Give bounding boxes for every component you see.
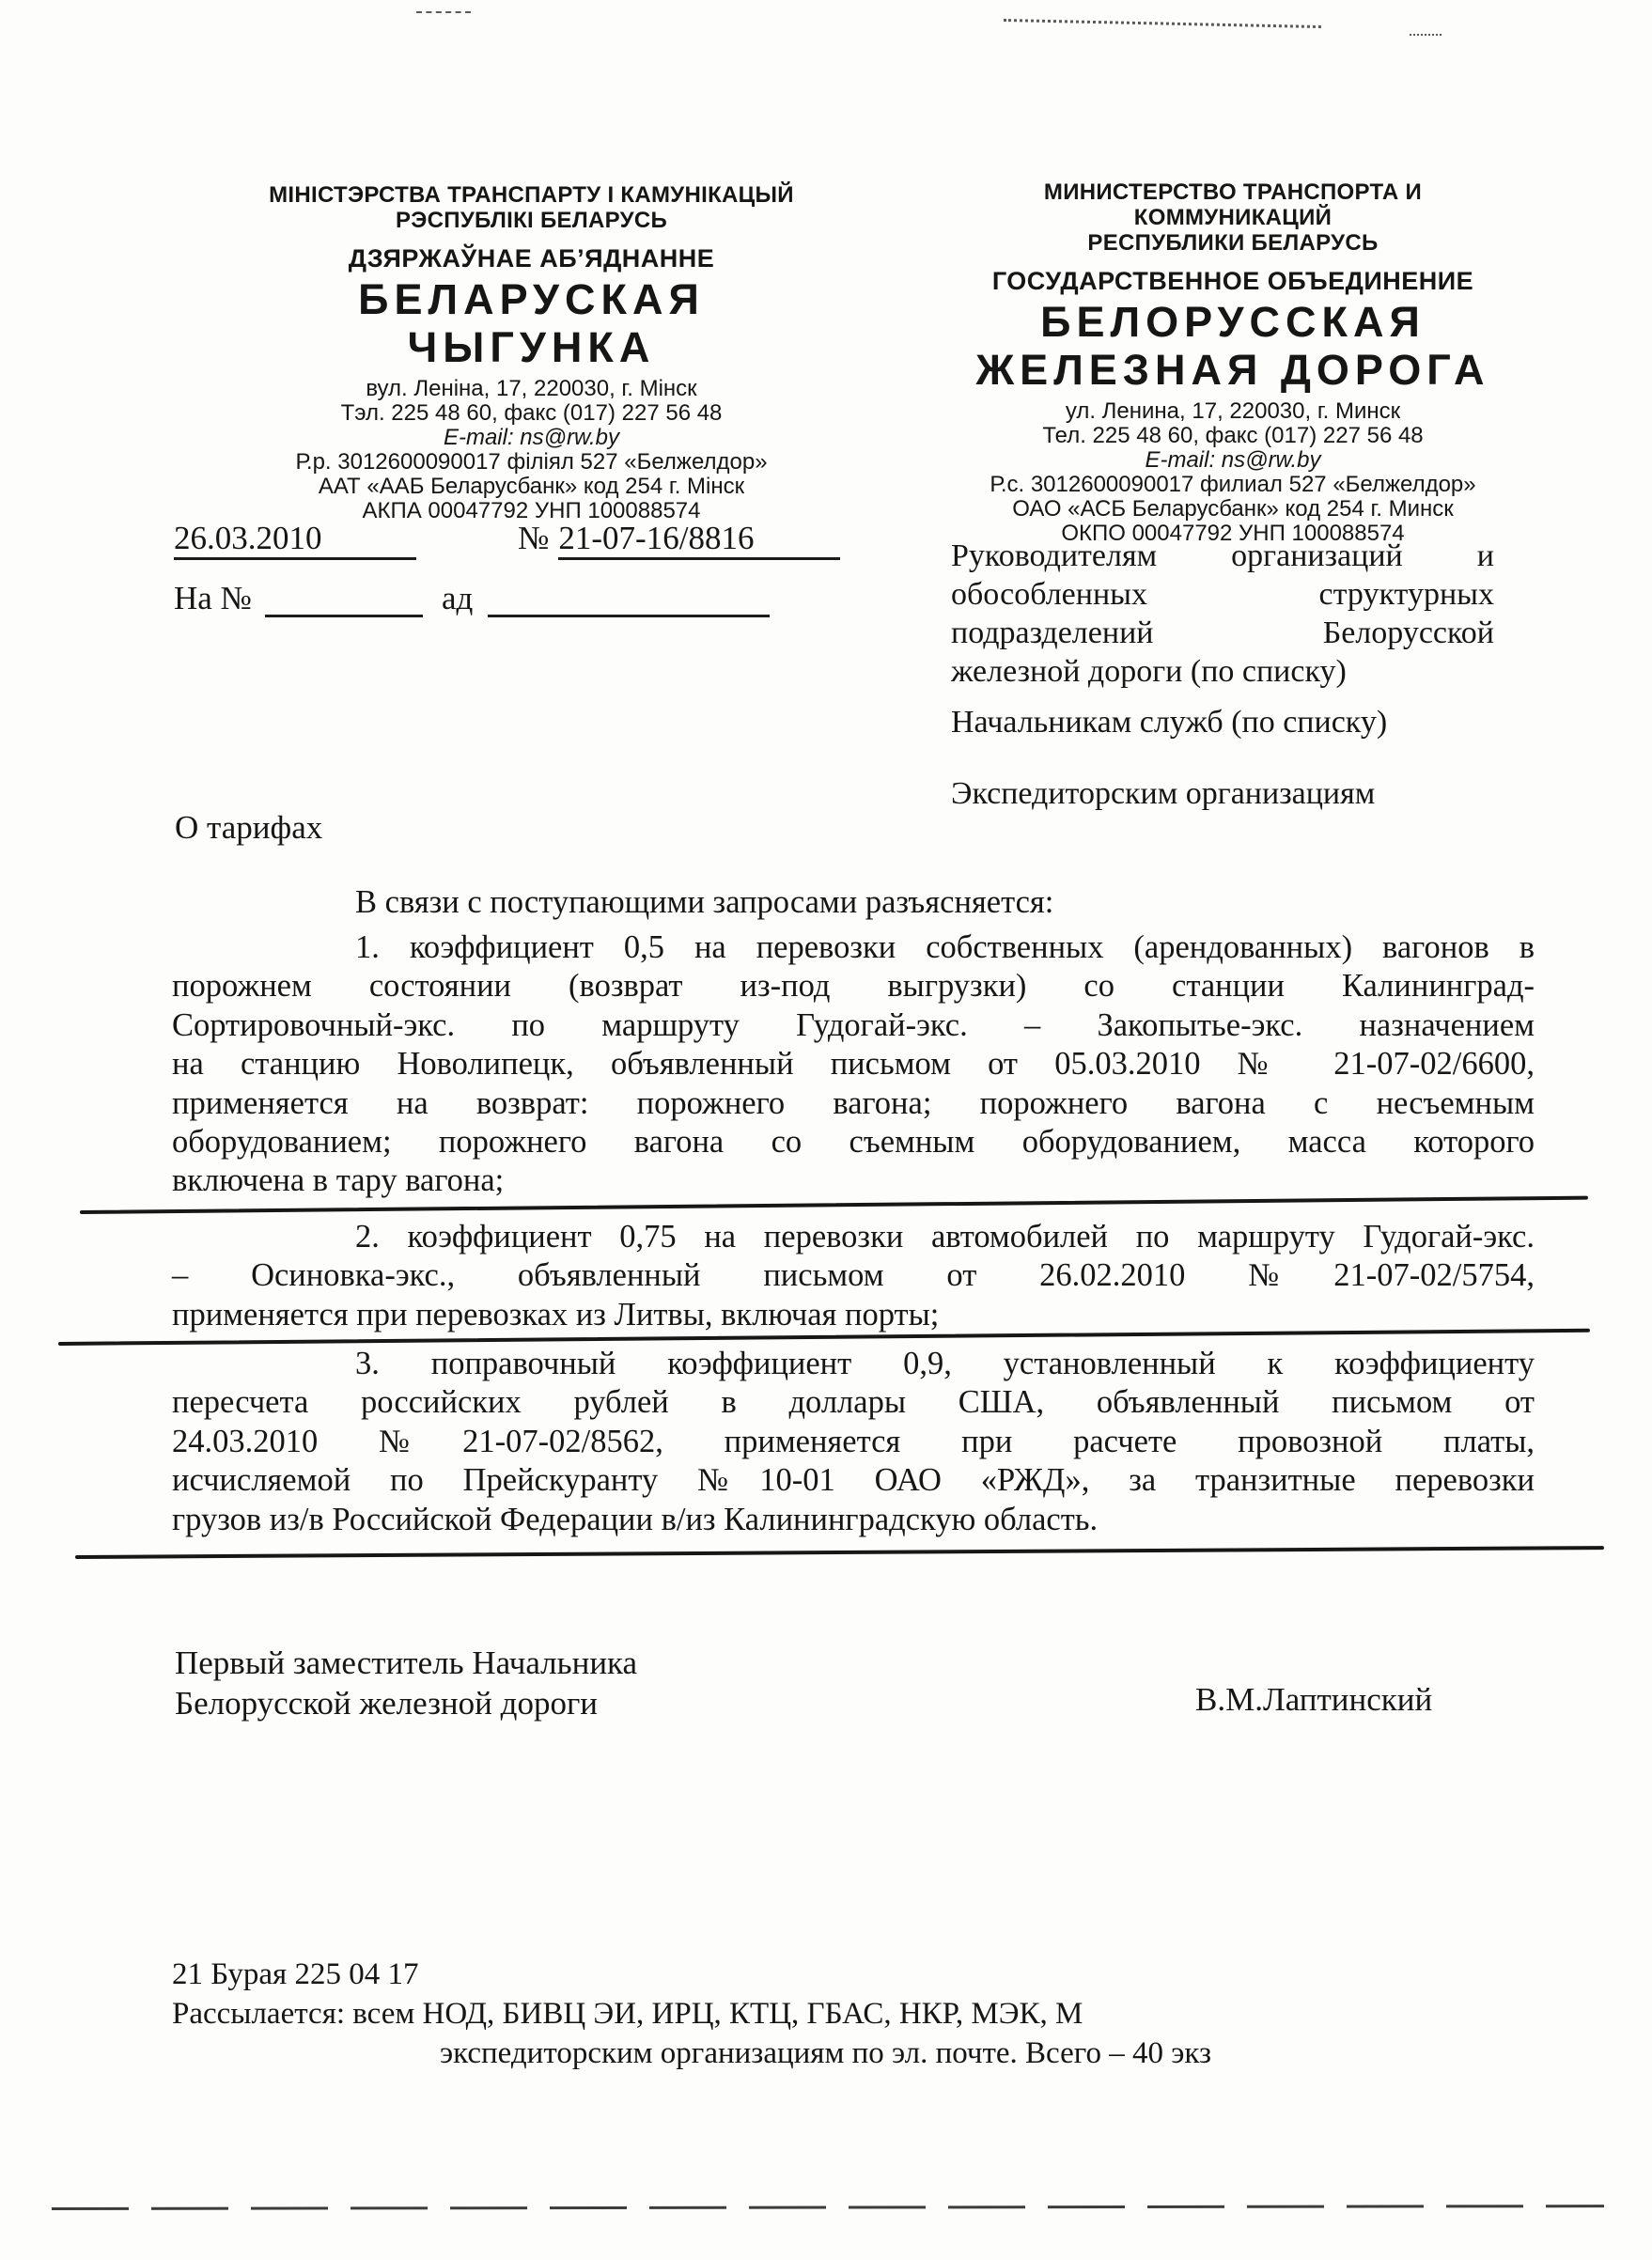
organization-address-ru: ул. Ленина, 17, 220030, г. МинскТел. 225… <box>966 399 1500 546</box>
addressee-managers: Руководителям организаций иобособленных … <box>951 537 1494 691</box>
scan-artifact-top-left <box>416 11 471 13</box>
footer-distribution: Рассылается: всем НОД, БИВЦ ЭИ, ИРЦ, КТЦ… <box>172 1994 1211 2073</box>
reply-date-blank <box>488 577 770 617</box>
association-name-ru: ГОСУДАРСТВЕННОЕ ОБЪЕДИНЕНИЕ <box>966 267 1500 296</box>
organization-address-by: вул. Леніна, 17, 220030, г. МінскТэл. 22… <box>261 377 802 523</box>
body-intro: В связи с поступающими запросами разъясн… <box>355 884 1053 921</box>
separator-line-3 <box>75 1546 1604 1559</box>
reference-date: 26.03.2010 <box>174 520 416 560</box>
association-name-by: ДЗЯРЖАЎНАЕ АБ’ЯДНАННЕ <box>261 244 802 273</box>
organization-name-by: БЕЛАРУСКАЯЧЫГУНКА <box>261 275 802 371</box>
subject-line: О тарифах <box>175 809 322 847</box>
organization-name-ru: БЕЛОРУССКАЯЖЕЛЕЗНАЯ ДОРОГА <box>966 298 1500 394</box>
reply-label: На № <box>174 580 252 616</box>
addressee-forwarders: Экспедиторским организациям <box>951 774 1494 813</box>
body-paragraph-2: 2. коэффициент 0,75 на перевозки автомоб… <box>172 1218 1535 1334</box>
scan-artifact-top-right <box>1004 19 1321 28</box>
addressee-service-chiefs: Начальникам служб (по списку) <box>951 703 1494 741</box>
body-paragraph-3: 3. поправочный коэффициент 0,9, установл… <box>172 1345 1535 1539</box>
reply-number-blank <box>265 577 423 617</box>
signature-position: Первый заместитель НачальникаБелорусской… <box>175 1643 637 1723</box>
letter-page: МІНІСТЭРСТВА ТРАНСПАРТУ І КАМУНІКАЦЫЙРЭС… <box>0 0 1652 2260</box>
ministry-name-by: МІНІСТЭРСТВА ТРАНСПАРТУ І КАМУНІКАЦЫЙРЭС… <box>261 182 802 233</box>
reference-row: 26.03.2010№21-07-16/8816 <box>174 520 840 560</box>
reply-reference-row: На №ад <box>174 577 770 617</box>
letterhead-left: МІНІСТЭРСТВА ТРАНСПАРТУ І КАМУНІКАЦЫЙРЭС… <box>261 182 802 523</box>
bottom-dashed-line <box>52 2205 1604 2210</box>
ministry-name-ru: МИНИСТЕРСТВО ТРАНСПОРТА И КОММУНИКАЦИЙРЕ… <box>966 179 1500 256</box>
addressee-block: Руководителям организаций иобособленных … <box>951 537 1494 813</box>
body-paragraph-1: 1. коэффициент 0,5 на перевозки собствен… <box>172 928 1535 1201</box>
signature-name: В.М.Лаптинский <box>1195 1681 1432 1719</box>
footer-block: 21 Бурая 225 04 17 Рассылается: всем НОД… <box>172 1955 1211 2073</box>
number-sign: № <box>518 520 549 556</box>
reference-number: 21-07-16/8816 <box>558 520 840 560</box>
footer-executor: 21 Бурая 225 04 17 <box>172 1955 1211 1994</box>
scan-artifact-top-corner <box>1410 34 1442 36</box>
letterhead-right: МИНИСТЕРСТВО ТРАНСПОРТА И КОММУНИКАЦИЙРЕ… <box>966 179 1500 546</box>
reply-conjunction: ад <box>442 580 473 616</box>
